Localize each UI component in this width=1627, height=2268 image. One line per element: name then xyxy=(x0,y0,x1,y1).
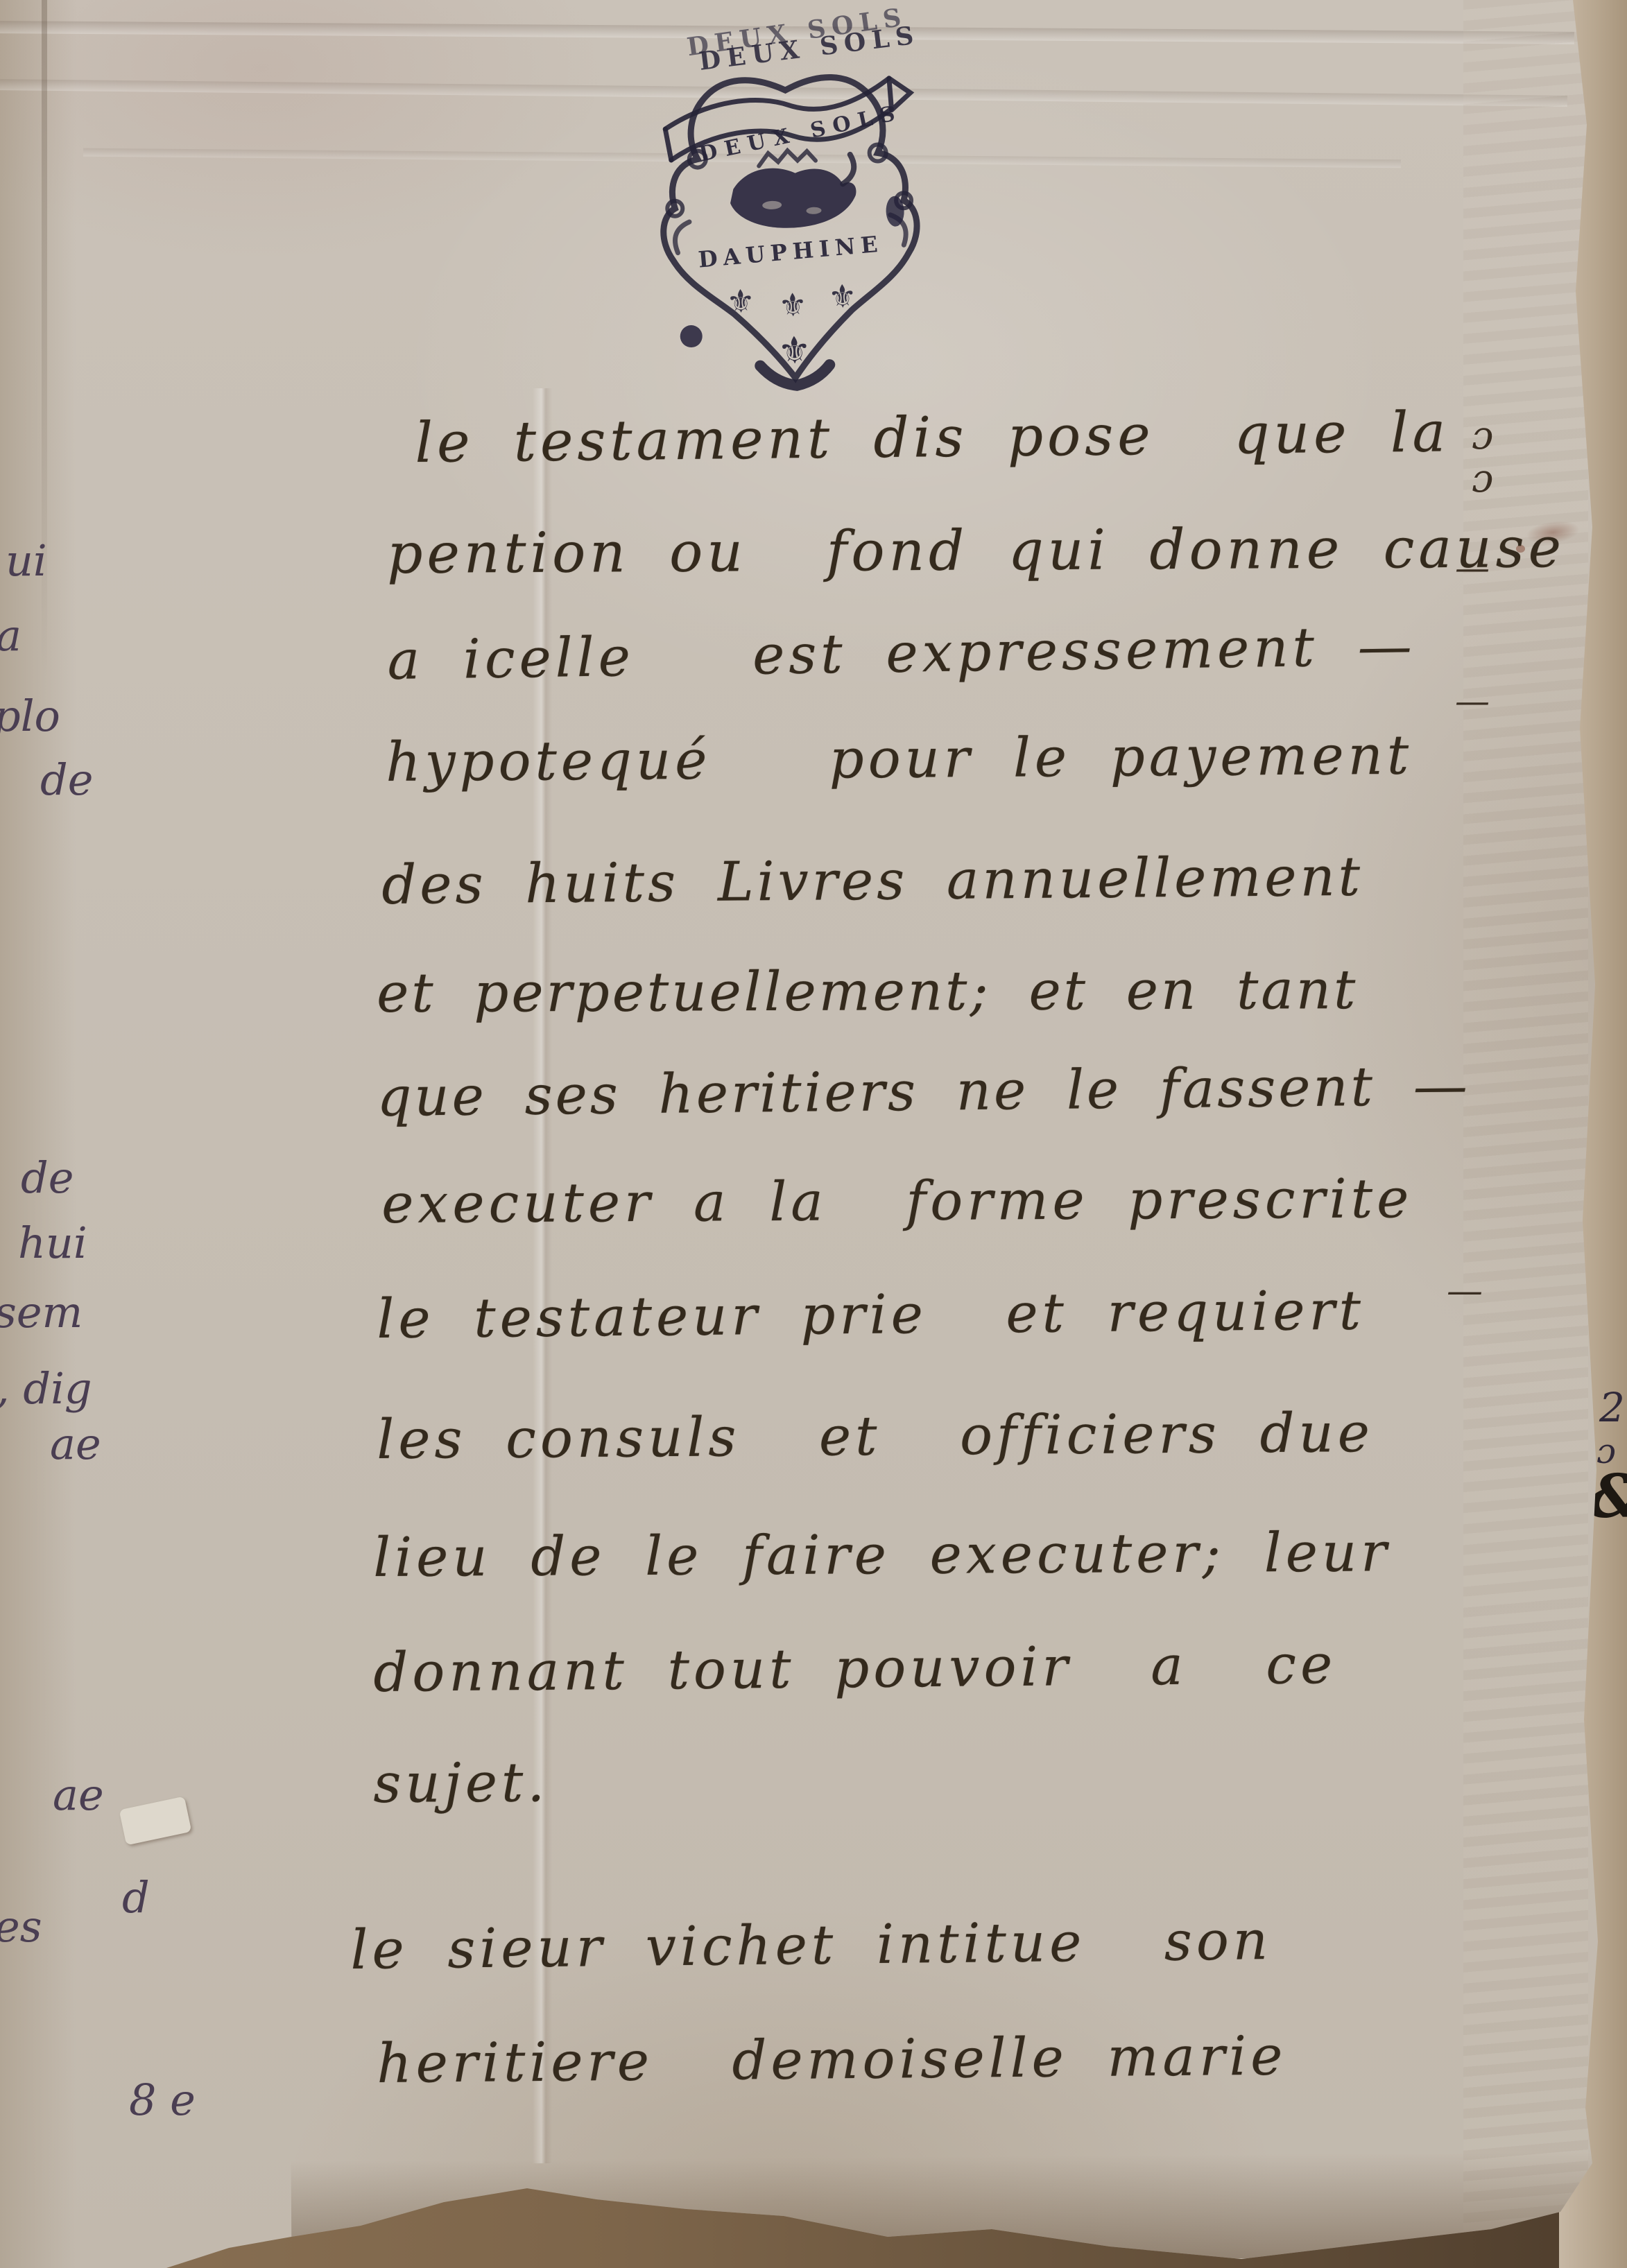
stamp-province-text: DAUPHINE xyxy=(697,230,884,272)
fleur-de-lis-icon: ⚜ xyxy=(777,328,812,373)
right-margin-stroke: — xyxy=(1455,548,1490,588)
left-page-fragment: sem xyxy=(0,1287,83,1338)
right-margin-stroke: ɔ xyxy=(1472,413,1493,458)
left-page-fragment: hui xyxy=(18,1218,87,1268)
handwriting-line: hypotequé pour le payement xyxy=(386,725,1413,794)
left-page-fragment: es xyxy=(0,1901,42,1952)
handwriting-line: sujet. xyxy=(373,1751,549,1815)
handwriting-line: pention ou fond qui donne cause xyxy=(387,515,1565,586)
handwriting-line: le testament dis pose que la xyxy=(415,399,1450,475)
paper-flake xyxy=(119,1797,192,1846)
handwriting-line: donnant tout pouvoir a ce xyxy=(373,1634,1337,1704)
left-page-fragment: 8 e xyxy=(129,2075,196,2125)
right-margin-stroke: — xyxy=(1447,1270,1483,1312)
left-page-fragment: ae xyxy=(53,1769,104,1820)
left-page-fragment: plo xyxy=(0,691,60,741)
underpage-ink-fragment: 2 xyxy=(1599,1384,1625,1431)
handwriting-line: le testateur prie et requiert xyxy=(377,1280,1365,1351)
left-page-fragment: de xyxy=(40,754,93,805)
handwriting-line: le sieur vichet intitue son xyxy=(350,1910,1272,1982)
handwriting-line: et perpetuellement; et en tant xyxy=(377,959,1359,1025)
manuscript-page: DEUX SOLS DEUX SOLS DEUX SOLS xyxy=(0,0,1627,2268)
handwriting-line: executer a la forme prescrite xyxy=(381,1168,1413,1236)
fleur-de-lis-icon: ⚜ xyxy=(725,282,755,320)
right-margin-stroke: ɔ xyxy=(1472,456,1493,501)
tax-stamp-graphic: DEUX SOLS DEUX SOLS DEUX SOLS xyxy=(644,2,934,400)
handwriting-line: les consuls et officiers due xyxy=(377,1402,1374,1471)
fleur-de-lis-icon: ⚜ xyxy=(827,277,857,315)
left-page-fragment: ui xyxy=(6,535,47,586)
left-page-fragment: ae xyxy=(50,1419,101,1469)
right-edge-crumple xyxy=(1463,0,1588,2268)
handwriting-line: que ses heritiers ne le fassent — xyxy=(377,1055,1470,1129)
torn-edge-shadow xyxy=(291,2152,1595,2265)
left-page-fragment: a xyxy=(0,610,21,661)
left-page-fragment: de xyxy=(21,1152,74,1203)
fleur-de-lis-icon: ⚜ xyxy=(778,286,808,324)
left-page-fragment: , dig xyxy=(0,1363,92,1414)
handwriting-line: heritiere demoiselle marie xyxy=(377,2025,1287,2095)
handwriting-line: a icelle est expressement — xyxy=(387,615,1416,692)
right-margin-stroke: — xyxy=(1455,681,1490,721)
tax-stamp: DEUX SOLS DEUX SOLS DEUX SOLS xyxy=(644,2,934,400)
left-page-fragment: d xyxy=(122,1872,150,1923)
handwriting-line: des huits Livres annuellement xyxy=(381,846,1363,917)
handwriting-line: lieu de le faire executer; leur xyxy=(373,1521,1391,1589)
